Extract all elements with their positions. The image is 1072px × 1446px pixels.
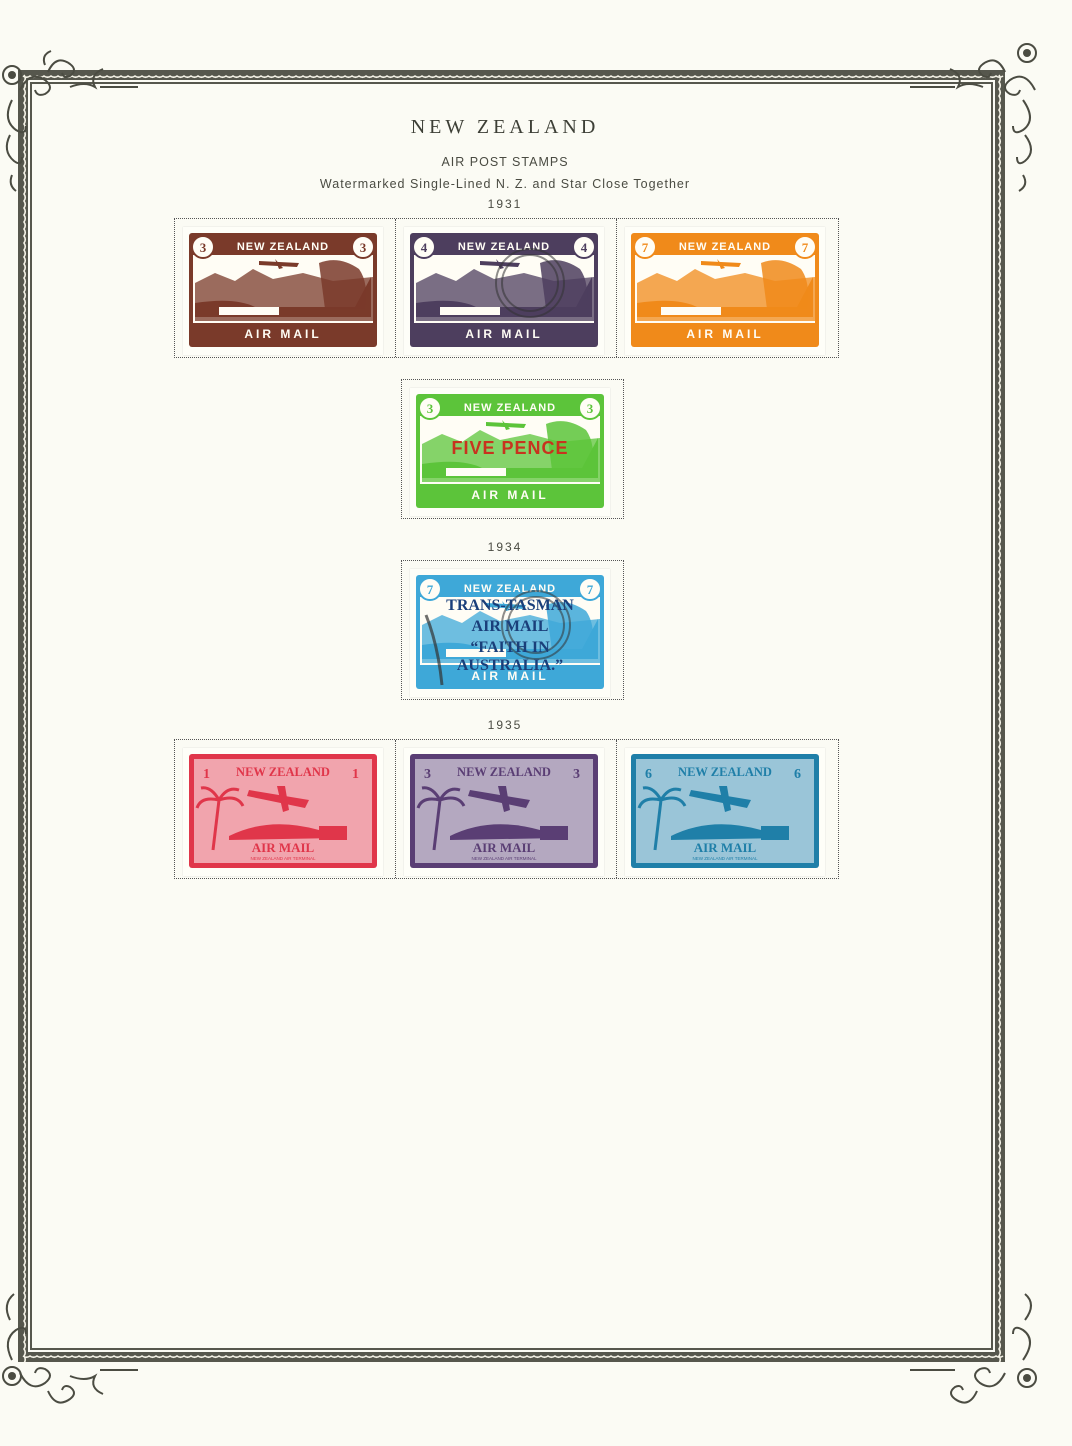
- svg-text:AIR MAIL: AIR MAIL: [252, 840, 315, 855]
- page-title: NEW ZEALAND: [0, 116, 1010, 139]
- svg-text:NEW ZEALAND AIR TERMINAL: NEW ZEALAND AIR TERMINAL: [251, 856, 316, 861]
- svg-text:NEW ZEALAND: NEW ZEALAND: [678, 765, 772, 779]
- stamp-mount[interactable]: 4 4 NEW ZEALAND AIR MAIL: [396, 219, 617, 357]
- svg-text:AIR MAIL: AIR MAIL: [694, 840, 757, 855]
- stamp-mount[interactable]: 7 7 NEW ZEALAND AIR MAIL: [617, 219, 838, 357]
- stamp-mount[interactable]: 1 1 NEW ZEALAND AIR MAIL NEW ZEALAND AIR…: [175, 740, 396, 878]
- svg-text:NEW ZEALAND: NEW ZEALAND: [457, 765, 551, 779]
- stamp-row-1931: 3 3 NEW ZEALAND AIR MAIL 4 4 NEW ZEALAND: [174, 218, 839, 358]
- svg-text:AIR MAIL: AIR MAIL: [473, 840, 536, 855]
- svg-text:4: 4: [421, 240, 428, 255]
- svg-text:AIR MAIL: AIR MAIL: [465, 327, 542, 341]
- svg-text:7: 7: [802, 240, 809, 255]
- svg-text:3: 3: [424, 767, 431, 782]
- page-subtitle: AIR POST STAMPS: [0, 155, 1010, 169]
- svg-text:AIR MAIL: AIR MAIL: [471, 488, 548, 502]
- stamp: 3 3 NEW ZEALAND AIR MAIL FIVE PENCE: [416, 394, 604, 508]
- stamp: 7 7 NEW ZEALAND AIR MAIL: [631, 233, 819, 347]
- watermark-note: Watermarked Single-Lined N. Z. and Star …: [0, 177, 1010, 191]
- year-label-1934: 1934: [0, 540, 1010, 554]
- stamp-mount[interactable]: 6 6 NEW ZEALAND AIR MAIL NEW ZEALAND AIR…: [617, 740, 838, 878]
- svg-text:NEW ZEALAND: NEW ZEALAND: [679, 241, 771, 253]
- svg-text:4: 4: [581, 240, 588, 255]
- svg-text:6: 6: [645, 767, 652, 782]
- stamp-row-1931-surcharge: 3 3 NEW ZEALAND AIR MAIL FIVE PENCE: [401, 379, 624, 519]
- svg-text:7: 7: [642, 240, 649, 255]
- svg-text:AIR MAIL: AIR MAIL: [686, 327, 763, 341]
- year-label-1931: 1931: [0, 197, 1010, 211]
- svg-text:NEW ZEALAND AIR TERMINAL: NEW ZEALAND AIR TERMINAL: [472, 856, 537, 861]
- svg-text:1: 1: [352, 767, 359, 782]
- svg-text:3: 3: [427, 401, 434, 416]
- stamp: 1 1 NEW ZEALAND AIR MAIL NEW ZEALAND AIR…: [189, 754, 377, 868]
- svg-text:NEW ZEALAND AIR TERMINAL: NEW ZEALAND AIR TERMINAL: [693, 856, 758, 861]
- stamp-mount[interactable]: 7 7 NEW ZEALAND AIR MAIL TRANS-TASMANAIR…: [402, 561, 623, 699]
- svg-text:3: 3: [573, 767, 580, 782]
- svg-text:NEW ZEALAND: NEW ZEALAND: [237, 241, 329, 253]
- svg-text:AIR MAIL: AIR MAIL: [244, 327, 321, 341]
- corner-ornament-bottom-right: [905, 1250, 1072, 1446]
- corner-ornament-bottom-left: [0, 1250, 150, 1446]
- svg-text:1: 1: [203, 767, 210, 782]
- stamp: 3 3 NEW ZEALAND AIR MAIL: [189, 233, 377, 347]
- stamp-mount[interactable]: 3 3 NEW ZEALAND AIR MAIL FIVE PENCE: [402, 380, 623, 518]
- svg-text:NEW ZEALAND: NEW ZEALAND: [464, 402, 556, 414]
- stamp-row-1934: 7 7 NEW ZEALAND AIR MAIL TRANS-TASMANAIR…: [401, 560, 624, 700]
- svg-text:NEW ZEALAND: NEW ZEALAND: [236, 765, 330, 779]
- svg-text:6: 6: [794, 767, 801, 782]
- stamp: 6 6 NEW ZEALAND AIR MAIL NEW ZEALAND AIR…: [631, 754, 819, 868]
- svg-text:NEW ZEALAND: NEW ZEALAND: [458, 241, 550, 253]
- stamp-mount[interactable]: 3 3 NEW ZEALAND AIR MAIL: [175, 219, 396, 357]
- stamp: 3 3 NEW ZEALAND AIR MAIL NEW ZEALAND AIR…: [410, 754, 598, 868]
- year-label-1935: 1935: [0, 718, 1010, 732]
- stamp: 4 4 NEW ZEALAND AIR MAIL: [410, 233, 598, 347]
- stamp-mount[interactable]: 3 3 NEW ZEALAND AIR MAIL NEW ZEALAND AIR…: [396, 740, 617, 878]
- svg-text:3: 3: [360, 240, 367, 255]
- svg-text:3: 3: [587, 401, 594, 416]
- stamp-overprint: FIVE PENCE: [416, 438, 604, 459]
- stamp: 7 7 NEW ZEALAND AIR MAIL TRANS-TASMANAIR…: [416, 575, 604, 689]
- svg-text:3: 3: [200, 240, 207, 255]
- stamp-row-1935: 1 1 NEW ZEALAND AIR MAIL NEW ZEALAND AIR…: [174, 739, 839, 879]
